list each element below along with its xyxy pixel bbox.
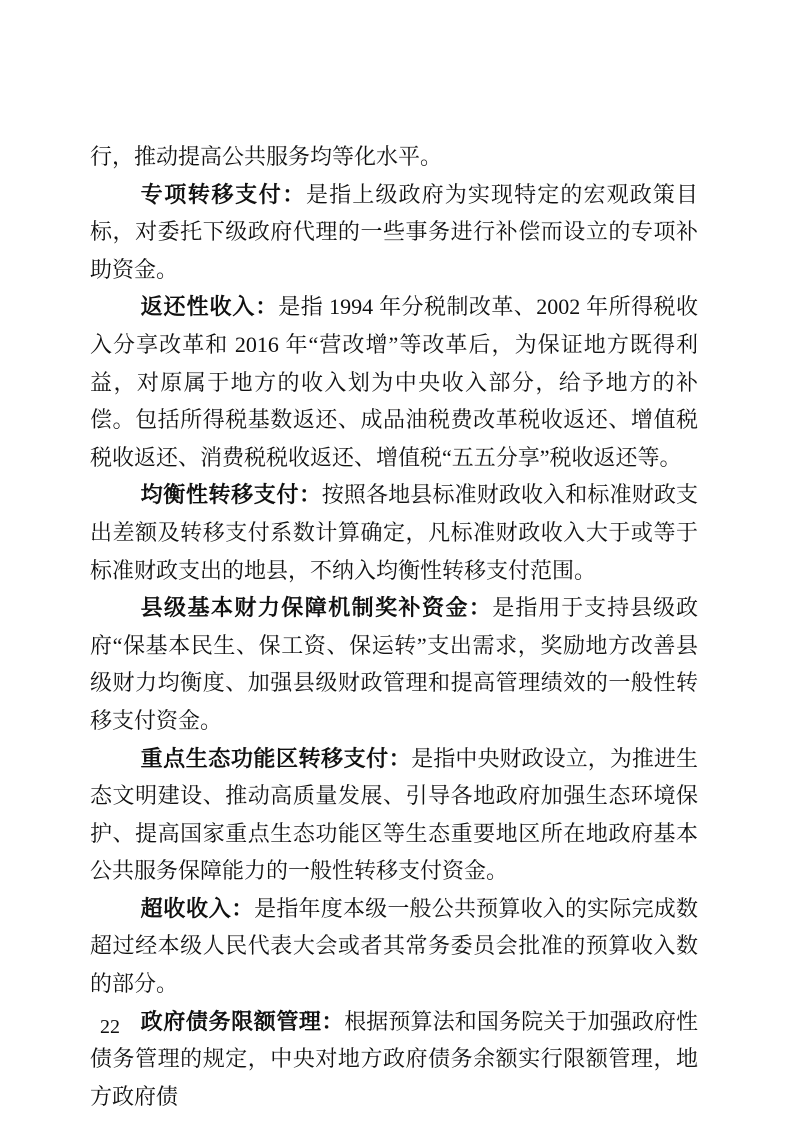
glossary-term: 重点生态功能区转移支付： (141, 746, 412, 771)
glossary-entry-county-reward-funds: 县级基本财力保障机制奖补资金：是指用于支持县级政府“保基本民生、保工资、保运转”… (90, 589, 698, 739)
glossary-entry-equalization-transfer: 均衡性转移支付：按照各地县标准财政收入和标准财政支出差额及转移支付系数计算确定，… (90, 476, 698, 589)
page-number: 22 (100, 1014, 120, 1040)
glossary-entry-special-transfer: 专项转移支付：是指上级政府为实现特定的宏观政策目标，对委托下级政府代理的一些事务… (90, 176, 698, 289)
glossary-term: 专项转移支付： (141, 182, 306, 207)
glossary-entry-debt-limit-management: 政府债务限额管理：根据预算法和国务院关于加强政府性债务管理的规定，中央对地方政府… (90, 1003, 698, 1116)
glossary-term: 超收收入： (141, 896, 255, 921)
glossary-term: 返还性收入： (141, 294, 279, 319)
document-body: 行，推动提高公共服务均等化水平。 专项转移支付：是指上级政府为实现特定的宏观政策… (90, 138, 698, 1115)
glossary-entry-ecological-zone-transfer: 重点生态功能区转移支付：是指中央财政设立，为推进生态文明建设、推动高质量发展、引… (90, 740, 698, 890)
glossary-term: 县级基本财力保障机制奖补资金： (141, 595, 493, 620)
document-page: 行，推动提高公共服务均等化水平。 专项转移支付：是指上级政府为实现特定的宏观政策… (0, 0, 793, 1122)
glossary-term: 均衡性转移支付： (141, 482, 322, 507)
glossary-entry-excess-revenue: 超收收入：是指年度本级一般公共预算收入的实际完成数超过经本级人民代表大会或者其常… (90, 890, 698, 1003)
paragraph-continuation: 行，推动提高公共服务均等化水平。 (90, 138, 698, 176)
glossary-term: 政府债务限额管理： (141, 1009, 345, 1034)
glossary-definition: 是指 1994 年分税制改革、2002 年所得税收入分享改革和 2016 年“营… (90, 294, 698, 469)
glossary-entry-returned-revenue: 返还性收入：是指 1994 年分税制改革、2002 年所得税收入分享改革和 20… (90, 288, 698, 476)
